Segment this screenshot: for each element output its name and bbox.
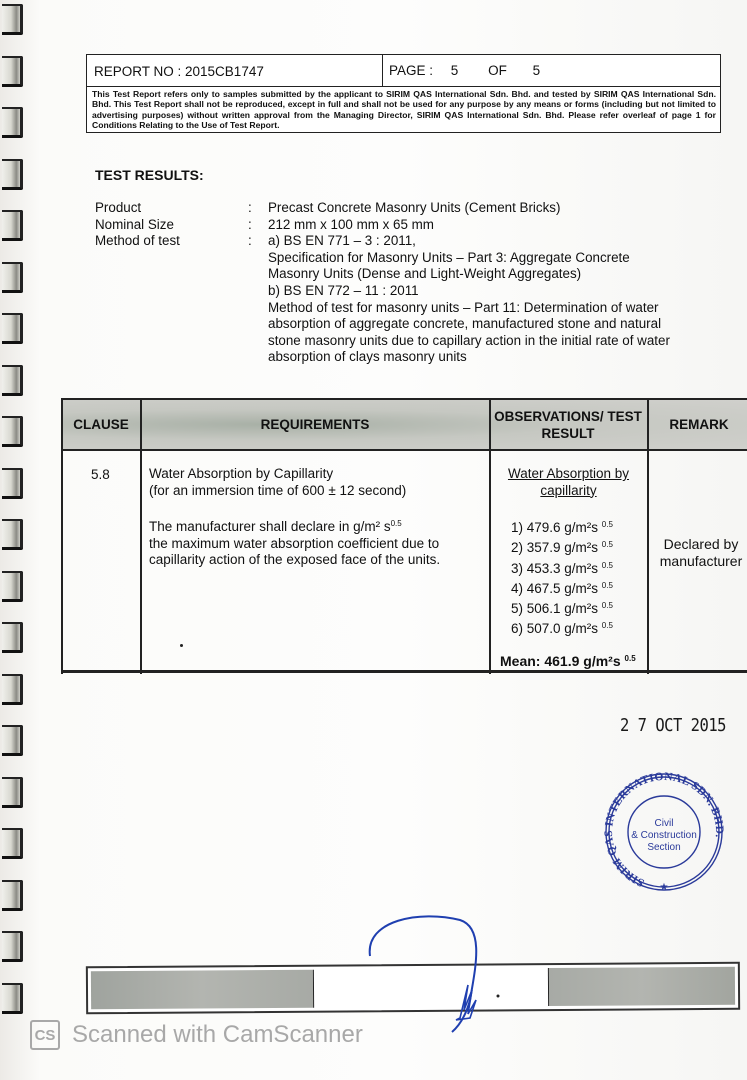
- observations-cell: Water Absorption by capillarity 1) 479.6…: [491, 466, 646, 669]
- requirements-cell: Water Absorption by Capillarity (for an …: [149, 466, 489, 586]
- spiral-binding: [0, 0, 34, 1040]
- product-label: Product: [95, 200, 248, 217]
- method-label: Method of test: [95, 233, 248, 366]
- size-row: Nominal Size : 212 mm x 100 mm x 65 mm: [95, 217, 715, 234]
- table-bottom-rule: [61, 670, 747, 673]
- mean-value: 461.9: [544, 653, 579, 669]
- results-table: CLAUSE REQUIREMENTS OBSERVATIONS/ TEST R…: [61, 398, 747, 674]
- product-row: Product : Precast Concrete Masonry Units…: [95, 200, 715, 217]
- company-stamp: SIRIM QAS INTERNATIONAL SDN. BHD. Civil …: [603, 766, 725, 900]
- table-header: CLAUSE REQUIREMENTS OBSERVATIONS/ TEST R…: [61, 398, 747, 451]
- document-page: REPORT NO : 2015CB1747 PAGE : 5 OF 5 Thi…: [0, 0, 747, 1080]
- page-current: 5: [451, 63, 459, 78]
- header-clause: CLAUSE: [61, 400, 141, 449]
- header-remark: REMARK: [647, 400, 747, 449]
- result-item: 3) 453.3 g/m²s 0.5: [511, 557, 646, 577]
- binding-ring: [2, 468, 23, 499]
- footer-shade-right: [548, 967, 735, 1006]
- binding-ring: [2, 880, 23, 911]
- binding-ring: [2, 931, 23, 962]
- binding-ring: [2, 4, 23, 35]
- svg-text:★: ★: [660, 882, 669, 893]
- page-indicator: PAGE : 5 OF 5: [383, 55, 720, 86]
- binding-ring: [2, 519, 23, 550]
- signature: [360, 910, 510, 1040]
- binding-ring: [2, 725, 23, 756]
- camscanner-logo-icon: CS: [30, 1020, 60, 1050]
- superscript: 0.5: [391, 519, 402, 528]
- svg-text:& Construction: & Construction: [631, 830, 697, 841]
- unit: g/m²s: [583, 653, 620, 669]
- size-label: Nominal Size: [95, 217, 248, 234]
- superscript: 0.5: [625, 654, 636, 663]
- column-divider: [140, 398, 142, 674]
- method-line: Specification for Masonry Units – Part 3…: [268, 250, 715, 267]
- page-of-label: OF: [488, 63, 507, 78]
- method-line: stone masonry units due to capillary act…: [268, 333, 715, 350]
- binding-ring: [2, 571, 23, 602]
- mean-label: Mean:: [500, 653, 540, 669]
- method-line: a) BS EN 771 – 3 : 2011,: [268, 233, 715, 250]
- binding-ring: [2, 622, 23, 653]
- clause-cell: 5.8: [91, 467, 110, 484]
- result-item: 5) 506.1 g/m²s 0.5: [511, 597, 646, 617]
- binding-ring: [2, 416, 23, 447]
- colon: :: [248, 233, 268, 366]
- method-line: Masonry Units (Dense and Light-Weight Ag…: [268, 266, 715, 283]
- column-divider: [647, 398, 649, 674]
- method-row: Method of test : a) BS EN 771 – 3 : 2011…: [95, 233, 715, 366]
- size-value: 212 mm x 100 mm x 65 mm: [268, 217, 715, 234]
- header-observations: OBSERVATIONS/ TEST RESULT: [489, 400, 647, 449]
- column-divider: [61, 398, 63, 674]
- obs-title: Water Absorption by capillarity: [491, 466, 646, 499]
- binding-ring: [2, 313, 23, 344]
- date-stamp: 2 7 OCT 2015: [620, 715, 726, 736]
- req-subtitle: (for an immersion time of 600 ± 12 secon…: [149, 483, 406, 498]
- ink-dot: [180, 644, 183, 647]
- req-title: Water Absorption by Capillarity: [149, 466, 333, 481]
- header-requirements: REQUIREMENTS: [141, 400, 489, 449]
- disclaimer-text: This Test Report refers only to samples …: [87, 87, 720, 132]
- result-item: 4) 467.5 g/m²s 0.5: [511, 577, 646, 597]
- colon: :: [248, 200, 268, 217]
- remark-cell: Declared by manufacturer: [651, 536, 747, 570]
- page-label: PAGE :: [389, 63, 433, 78]
- result-item: 6) 507.0 g/m²s 0.5: [511, 617, 646, 637]
- report-number: REPORT NO : 2015CB1747: [87, 55, 383, 86]
- test-info: Product : Precast Concrete Masonry Units…: [95, 200, 715, 366]
- method-line: absorption of clays masonry units: [268, 349, 715, 366]
- binding-ring: [2, 107, 23, 138]
- method-value: a) BS EN 771 – 3 : 2011, Specification f…: [268, 233, 715, 366]
- binding-ring: [2, 159, 23, 190]
- binding-ring: [2, 828, 23, 859]
- binding-ring: [2, 365, 23, 396]
- binding-ring: [2, 674, 23, 705]
- method-line: b) BS EN 772 – 11 : 2011: [268, 283, 715, 300]
- binding-ring: [2, 983, 23, 1014]
- svg-text:Section: Section: [647, 842, 680, 853]
- binding-ring: [2, 262, 23, 293]
- mean-result: Mean: 461.9 g/m²s 0.5: [491, 651, 646, 670]
- result-item: 2) 357.9 g/m²s 0.5: [511, 536, 646, 556]
- req-text: The manufacturer shall declare in g/m² s: [149, 519, 391, 534]
- footer-shade-left: [91, 970, 314, 1010]
- results-list: 1) 479.6 g/m²s 0.52) 357.9 g/m²s 0.53) 4…: [491, 516, 646, 638]
- binding-ring: [2, 56, 23, 87]
- method-line: Method of test for masonry units – Part …: [268, 300, 715, 317]
- product-value: Precast Concrete Masonry Units (Cement B…: [268, 200, 715, 217]
- watermark-text: Scanned with CamScanner: [72, 1021, 363, 1049]
- req-text-cont: the maximum water absorption coefficient…: [149, 536, 440, 568]
- result-item: 1) 479.6 g/m²s 0.5: [511, 516, 646, 536]
- binding-ring: [2, 210, 23, 241]
- svg-text:Civil: Civil: [655, 818, 674, 829]
- section-title: TEST RESULTS:: [95, 167, 204, 183]
- binding-ring: [2, 777, 23, 808]
- camscanner-watermark: CS Scanned with CamScanner: [30, 1020, 363, 1050]
- page-total: 5: [533, 63, 541, 78]
- report-header-box: REPORT NO : 2015CB1747 PAGE : 5 OF 5 Thi…: [86, 54, 721, 133]
- method-line: absorption of aggregate concrete, manufa…: [268, 316, 715, 333]
- colon: :: [248, 217, 268, 234]
